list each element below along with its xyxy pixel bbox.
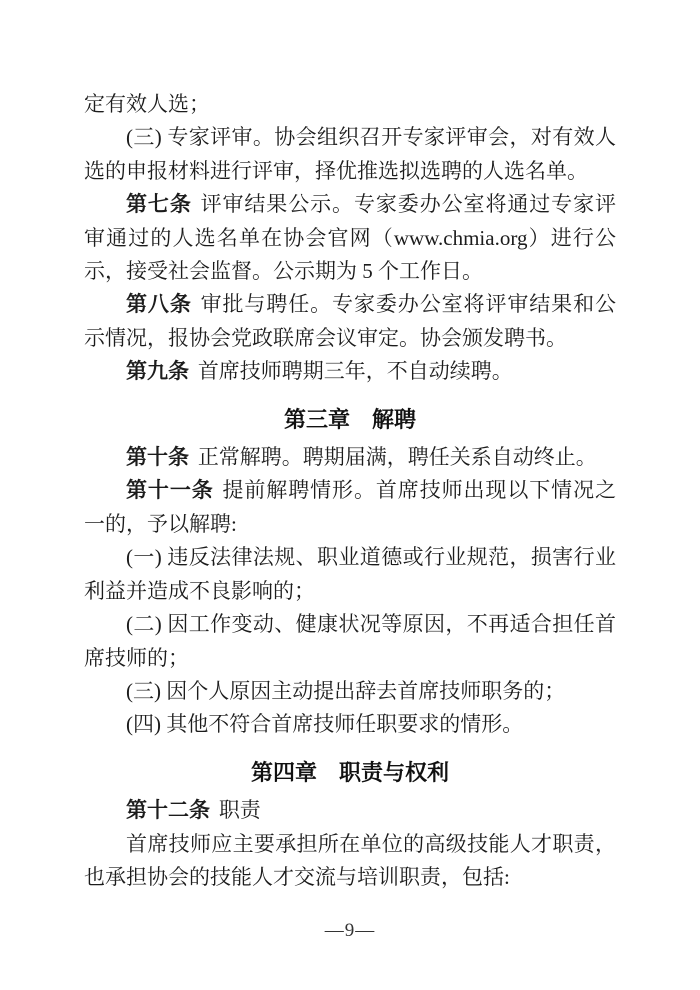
list-item-4: (四) 其他不符合首席技师任职要求的情形。	[84, 708, 616, 741]
list-item-3b: (三) 因个人原因主动提出辞去首席技师职务的；	[84, 675, 616, 708]
list-item-2: (二) 因工作变动、健康状况等原因，不再适合担任首席技师的；	[84, 608, 616, 675]
article-8-number: 第八条	[126, 292, 192, 316]
page-footer: —9—	[0, 918, 700, 944]
page-number: —9—	[325, 920, 376, 941]
page-content: 定有效人选； (三) 专家评审。协会组织召开专家评审会，对有效人选的申报材料进行…	[84, 88, 616, 894]
article-12-text: 职责	[219, 798, 261, 822]
chapter-3-heading: 第三章 解聘	[84, 403, 616, 436]
chapter-4-heading: 第四章 职责与权利	[84, 756, 616, 789]
article-10-paragraph: 第十条正常解聘。聘期届满，聘任关系自动终止。	[84, 441, 616, 474]
article-7-number: 第七条	[126, 192, 192, 216]
article-9-number: 第九条	[126, 359, 189, 383]
article-12-number: 第十二条	[126, 798, 210, 822]
document-page: 定有效人选； (三) 专家评审。协会组织召开专家评审会，对有效人选的申报材料进行…	[0, 0, 700, 990]
article-9-paragraph: 第九条首席技师聘期三年，不自动续聘。	[84, 355, 616, 388]
article-8-paragraph: 第八条审批与聘任。专家委办公室将评审结果和公示情况，报协会党政联席会议审定。协会…	[84, 288, 616, 355]
article-12-paragraph: 第十二条职责	[84, 794, 616, 827]
article-11-paragraph: 第十一条提前解聘情形。首席技师出现以下情况之一的，予以解聘:	[84, 474, 616, 541]
paragraph-continuation: 定有效人选；	[84, 88, 616, 121]
article-7-paragraph: 第七条评审结果公示。专家委办公室将通过专家评审通过的人选名单在协会官网（www.…	[84, 188, 616, 288]
article-10-number: 第十条	[126, 445, 189, 469]
body-paragraph: 首席技师应主要承担所在单位的高级技能人才职责，也承担协会的技能人才交流与培训职责…	[84, 828, 616, 895]
list-item-3: (三) 专家评审。协会组织召开专家评审会，对有效人选的申报材料进行评审，择优推选…	[84, 121, 616, 188]
article-11-number: 第十一条	[126, 478, 214, 502]
article-10-text: 正常解聘。聘期届满，聘任关系自动终止。	[198, 445, 597, 469]
list-item-1: (一) 违反法律法规、职业道德或行业规范，损害行业利益并造成不良影响的；	[84, 541, 616, 608]
article-9-text: 首席技师聘期三年，不自动续聘。	[198, 359, 513, 383]
